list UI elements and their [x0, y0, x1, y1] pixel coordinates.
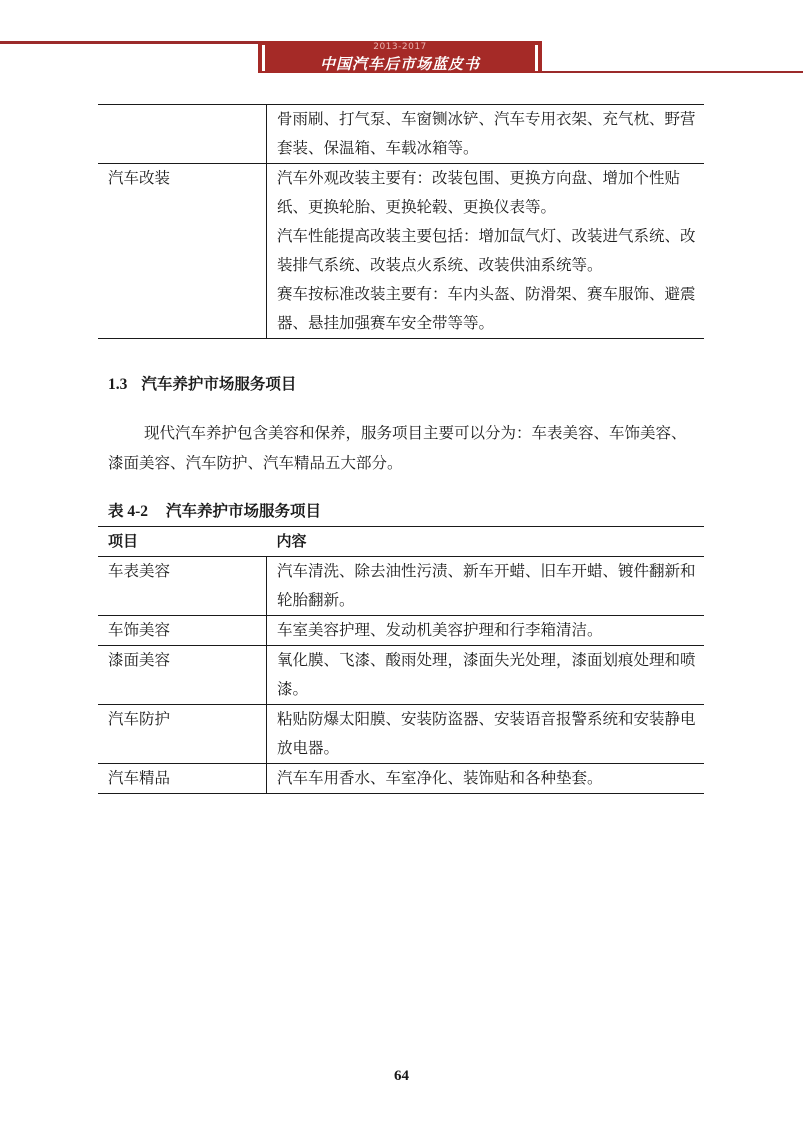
- content-paragraph: 骨雨刷、打气泵、车窗铡冰铲、汽车专用衣架、充气枕、野营套装、保温箱、车载冰箱等。: [277, 105, 700, 163]
- table-cell-content: 汽车外观改装主要有：改装包围、更换方向盘、增加个性贴纸、更换轮胎、更换轮毂、更换…: [267, 164, 705, 339]
- table-row: 漆面美容 氧化膜、飞漆、酸雨处理，漆面失光处理，漆面划痕处理和喷漆。: [98, 646, 704, 705]
- body-paragraph: 现代汽车养护包含美容和保养，服务项目主要可以分为：车表美容、车饰美容、漆面美容、…: [108, 418, 698, 478]
- table-row: 骨雨刷、打气泵、车窗铡冰铲、汽车专用衣架、充气枕、野营套装、保温箱、车载冰箱等。: [98, 105, 704, 164]
- column-header-content: 内容: [267, 527, 705, 557]
- header-years: 2013-2017: [258, 42, 542, 52]
- table-cell-content: 车室美容护理、发动机美容护理和行李箱清洁。: [267, 616, 705, 646]
- column-header-item: 项目: [98, 527, 267, 557]
- table-row: 汽车精品 汽车车用香水、车室净化、装饰贴和各种垫套。: [98, 764, 704, 794]
- table-caption-title: 汽车养护市场服务项目: [166, 502, 321, 520]
- table-row: 车饰美容 车室美容护理、发动机美容护理和行李箱清洁。: [98, 616, 704, 646]
- table-cell-item: 汽车改装: [98, 164, 267, 339]
- table-cell-item: 汽车防护: [98, 705, 267, 764]
- table-caption-number: 表 4-2: [108, 503, 148, 520]
- table-row: 汽车改装 汽车外观改装主要有：改装包围、更换方向盘、增加个性贴纸、更换轮胎、更换…: [98, 164, 704, 339]
- continued-table: 骨雨刷、打气泵、车窗铡冰铲、汽车专用衣架、充气枕、野营套装、保温箱、车载冰箱等。…: [98, 104, 704, 339]
- content-paragraph: 汽车外观改装主要有：改装包围、更换方向盘、增加个性贴纸、更换轮胎、更换轮毂、更换…: [277, 164, 700, 222]
- section-title: 汽车养护市场服务项目: [141, 375, 296, 393]
- table-caption: 表 4-2汽车养护市场服务项目: [108, 499, 321, 521]
- header-rule-left: [0, 41, 262, 44]
- table-header-row: 项目 内容: [98, 527, 704, 557]
- service-items-table: 项目 内容 车表美容 汽车清洗、除去油性污渍、新车开蜡、旧车开蜡、镀件翻新和轮胎…: [98, 526, 704, 794]
- table-cell-item: 车饰美容: [98, 616, 267, 646]
- header-banner: 2013-2017 中国汽车后市场蓝皮书: [258, 41, 542, 73]
- section-number: 1.3: [108, 376, 127, 393]
- table-cell-item: 汽车精品: [98, 764, 267, 794]
- table-cell-content: 骨雨刷、打气泵、车窗铡冰铲、汽车专用衣架、充气枕、野营套装、保温箱、车载冰箱等。: [267, 105, 705, 164]
- content-paragraph: 汽车性能提高改装主要包括：增加氙气灯、改装进气系统、改装排气系统、改装点火系统、…: [277, 222, 700, 280]
- table-row: 车表美容 汽车清洗、除去油性污渍、新车开蜡、旧车开蜡、镀件翻新和轮胎翻新。: [98, 557, 704, 616]
- content-paragraph: 赛车按标准改装主要有：车内头盔、防滑架、赛车服饰、避震器、悬挂加强赛车安全带等等…: [277, 280, 700, 338]
- table-cell-content: 粘贴防爆太阳膜、安装防盗器、安装语音报警系统和安装静电放电器。: [267, 705, 705, 764]
- table-cell-content: 汽车清洗、除去油性污渍、新车开蜡、旧车开蜡、镀件翻新和轮胎翻新。: [267, 557, 705, 616]
- table-row: 汽车防护 粘贴防爆太阳膜、安装防盗器、安装语音报警系统和安装静电放电器。: [98, 705, 704, 764]
- header-rule-right: [542, 71, 803, 73]
- header-title: 中国汽车后市场蓝皮书: [258, 53, 542, 74]
- table-cell-item: [98, 105, 267, 164]
- table-cell-content: 氧化膜、飞漆、酸雨处理，漆面失光处理，漆面划痕处理和喷漆。: [267, 646, 705, 705]
- table-cell-item: 车表美容: [98, 557, 267, 616]
- page-number: 64: [0, 1068, 803, 1085]
- section-heading: 1.3汽车养护市场服务项目: [108, 372, 296, 394]
- table-cell-item: 漆面美容: [98, 646, 267, 705]
- table-cell-content: 汽车车用香水、车室净化、装饰贴和各种垫套。: [267, 764, 705, 794]
